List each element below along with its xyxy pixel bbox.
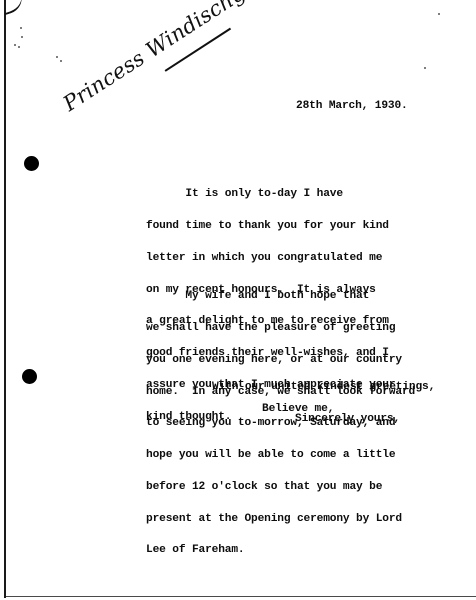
paragraph-2-line: present at the Opening ceremony by Lord [146, 514, 415, 525]
paragraph-1-line: It is only to-day I have [146, 189, 395, 200]
ink-speckle [424, 67, 426, 69]
ink-speckle [14, 44, 16, 46]
corner-ink-mark [0, 0, 26, 15]
ink-speckle [18, 46, 20, 48]
ink-speckle [60, 60, 62, 62]
valediction-sincerely: Sincerely yours, [295, 414, 400, 425]
paragraph-2-line: we shall have the pleasure of greeting [146, 323, 415, 334]
letter-page: Princess Windischgraetz 28th March, 1930… [0, 0, 476, 600]
page-left-edge [4, 0, 6, 598]
punch-hole-bottom [22, 369, 37, 384]
ink-speckle [56, 56, 58, 58]
paragraph-2-line: before 12 o'clock so that you may be [146, 482, 415, 493]
paragraph-1-line: found time to thank you for your kind [146, 221, 395, 232]
paragraph-1-line: letter in which you congratulated me [146, 253, 395, 264]
paragraph-2-line: you one evening here, or at our country [146, 355, 415, 366]
handwritten-note: Princess Windischgraetz [59, 0, 296, 116]
paragraph-2-line: Lee of Fareham. [146, 545, 415, 556]
ink-speckle [438, 13, 440, 15]
letter-date: 28th March, 1930. [296, 101, 408, 112]
punch-hole-top [24, 156, 39, 171]
closing-greeting: With our united kindest greetings, [212, 382, 435, 393]
ink-speckle [20, 27, 22, 29]
page-bottom-edge [6, 596, 476, 597]
paragraph-2-line: My wife and I both hope that [146, 291, 415, 302]
paragraph-2-line: hope you will be able to come a little [146, 450, 415, 461]
ink-speckle [21, 36, 23, 38]
